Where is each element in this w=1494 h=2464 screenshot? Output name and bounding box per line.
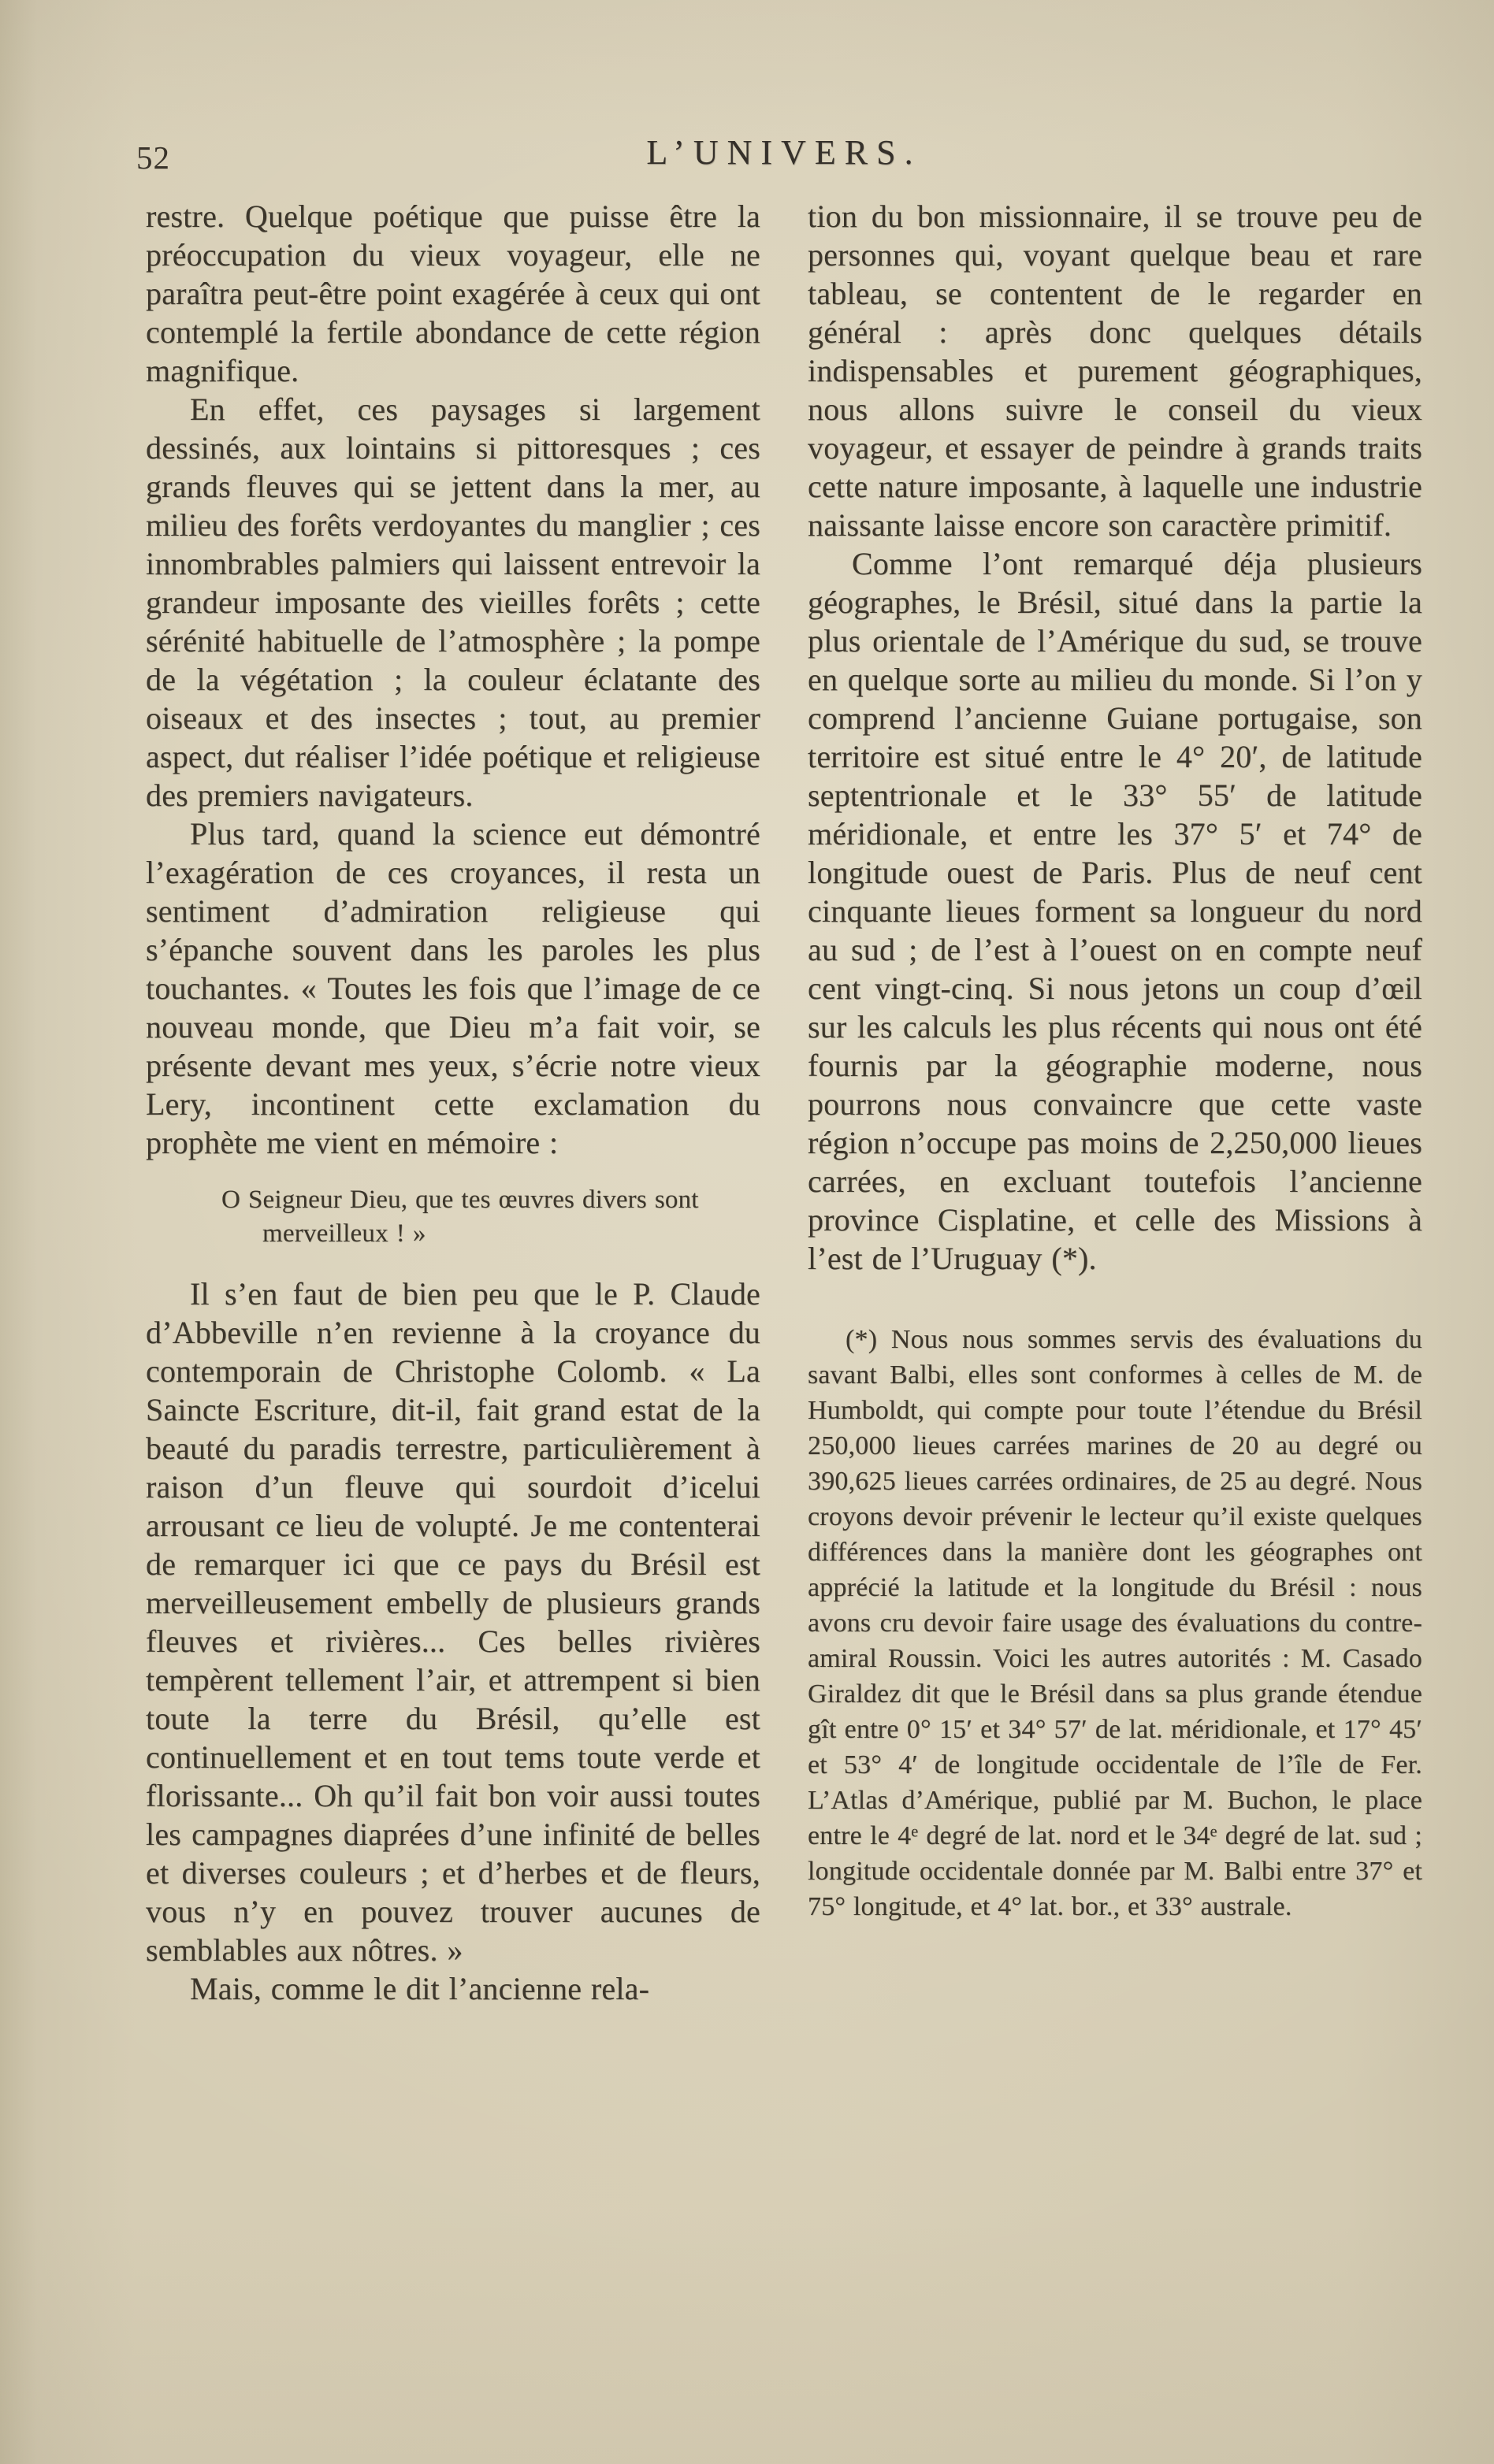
body-paragraph: restre. Quelque poétique que puisse être…	[146, 197, 760, 390]
running-title: L’UNIVERS.	[146, 132, 1422, 173]
body-paragraph: Comme l’ont remarqué déja plusieurs géog…	[808, 544, 1422, 1278]
footnote: (*) Nous nous sommes servis des évaluati…	[808, 1322, 1422, 1924]
body-paragraph: Mais, comme le dit l’ancienne rela-	[146, 1969, 760, 2008]
text-columns: restre. Quelque poétique que puisse être…	[146, 197, 1422, 2008]
body-paragraph: tion du bon missionnaire, il se trouve p…	[808, 197, 1422, 544]
left-column: restre. Quelque poétique que puisse être…	[146, 197, 760, 2008]
body-paragraph: Il s’en faut de bien peu que le P. Claud…	[146, 1275, 760, 1969]
body-paragraph: Plus tard, quand la science eut démontré…	[146, 815, 760, 1162]
verse-quote-line: merveilleux ! »	[146, 1217, 760, 1251]
body-paragraph: En effet, ces paysages si largement dess…	[146, 390, 760, 815]
footnote-paragraph: (*) Nous nous sommes servis des évaluati…	[808, 1322, 1422, 1924]
verse-quote-line: O Seigneur Dieu, que tes œuvres divers s…	[146, 1183, 760, 1217]
scanned-book-page: 52 L’UNIVERS. restre. Quelque poétique q…	[0, 0, 1494, 2464]
verse-quote: O Seigneur Dieu, que tes œuvres divers s…	[146, 1183, 760, 1251]
page-header: 52 L’UNIVERS.	[146, 132, 1422, 180]
right-column: tion du bon missionnaire, il se trouve p…	[808, 197, 1422, 2008]
